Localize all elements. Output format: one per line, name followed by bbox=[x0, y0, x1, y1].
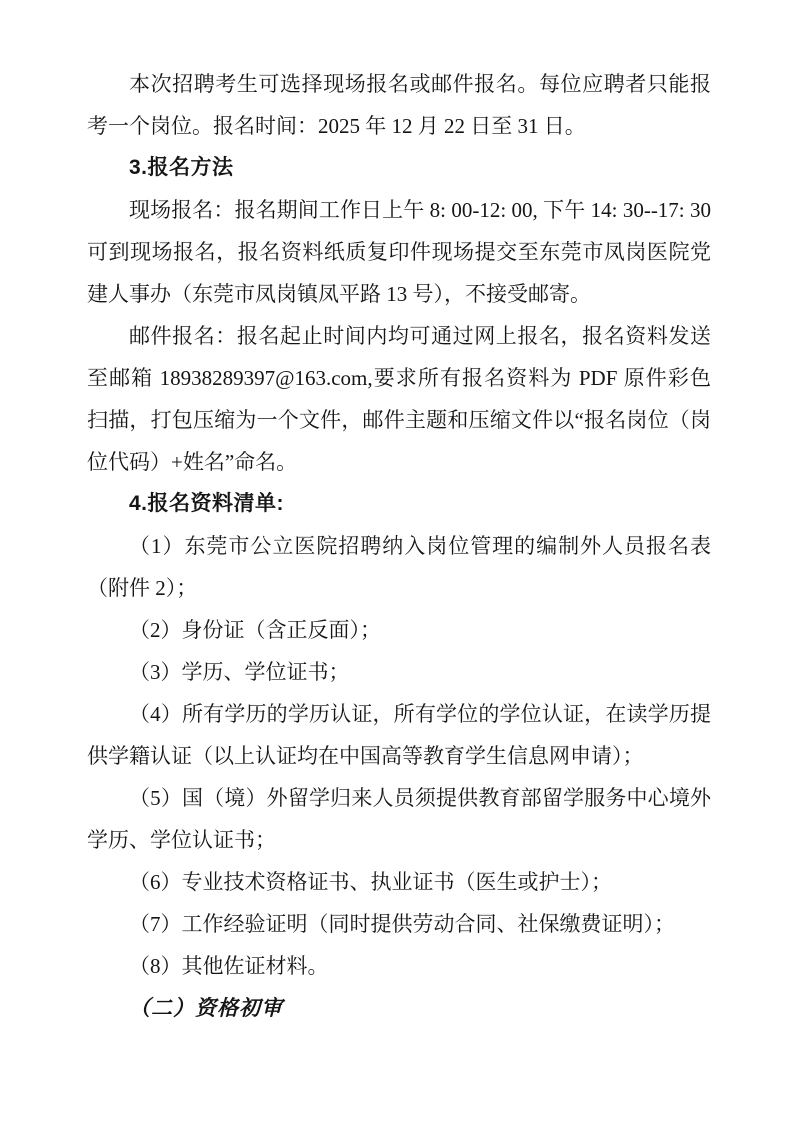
list-item-2-id-card: （2）身份证（含正反面）； bbox=[87, 609, 711, 651]
heading-registration-method: 3.报名方法 bbox=[87, 147, 711, 189]
list-item-4-credential-verification: （4）所有学历的学历认证，所有学位的学位认证，在读学历提供学籍认证（以上认证均在… bbox=[87, 693, 711, 777]
paragraph-onsite-registration: 现场报名：报名期间工作日上午 8: 00-12: 00, 下午 14: 30--… bbox=[87, 189, 711, 315]
list-item-3-diploma-degree: （3）学历、学位证书； bbox=[87, 651, 711, 693]
document-page: 本次招聘考生可选择现场报名或邮件报名。每位应聘者只能报考一个岗位。报名时间：20… bbox=[0, 0, 793, 1122]
heading-registration-materials-list: 4.报名资料清单: bbox=[87, 483, 711, 525]
paragraph-registration-intro: 本次招聘考生可选择现场报名或邮件报名。每位应聘者只能报考一个岗位。报名时间：20… bbox=[87, 63, 711, 147]
list-item-5-overseas-credentials: （5）国（境）外留学归来人员须提供教育部留学服务中心境外学历、学位认证书； bbox=[87, 777, 711, 861]
list-item-1-application-form: （1）东莞市公立医院招聘纳入岗位管理的编制外人员报名表（附件 2）； bbox=[87, 525, 711, 609]
paragraph-email-registration: 邮件报名：报名起止时间内均可通过网上报名，报名资料发送至邮箱 189382893… bbox=[87, 315, 711, 483]
heading-qualification-preliminary-review: （二）资格初审 bbox=[87, 987, 711, 1029]
list-item-6-professional-certificates: （6）专业技术资格证书、执业证书（医生或护士）； bbox=[87, 861, 711, 903]
list-item-8-other-materials: （8）其他佐证材料。 bbox=[87, 945, 711, 987]
list-item-7-work-experience-proof: （7）工作经验证明（同时提供劳动合同、社保缴费证明）； bbox=[87, 903, 711, 945]
